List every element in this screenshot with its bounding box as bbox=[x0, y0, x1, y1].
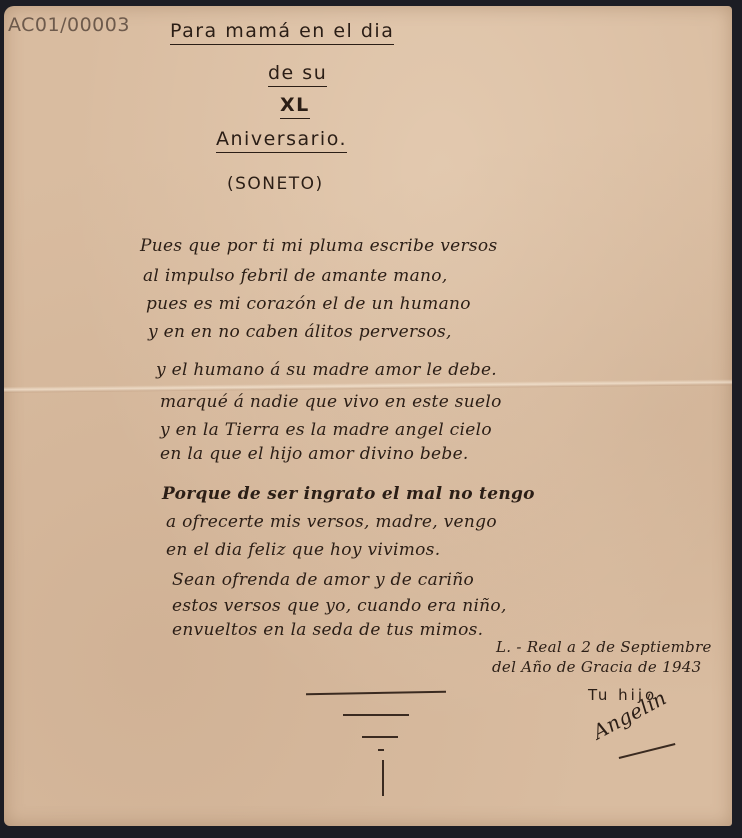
title-line-1: Para mamá en el dia bbox=[170, 20, 394, 45]
end-rule-3 bbox=[362, 736, 398, 738]
poem-line: estos versos que yo, cuando era niño, bbox=[172, 596, 507, 616]
poem-line: pues es mi corazón el de un humano bbox=[146, 294, 471, 314]
end-mark-stem bbox=[382, 760, 384, 796]
title-line-3: XL bbox=[280, 94, 310, 119]
poem-line: Porque de ser ingrato el mal no tengo bbox=[162, 484, 535, 504]
archive-id: AC01/00003 bbox=[8, 14, 130, 36]
poem-line: envueltos en la seda de tus mimos. bbox=[172, 620, 483, 640]
poem-line: Sean ofrenda de amor y de cariño bbox=[172, 570, 474, 590]
end-mark-dot bbox=[378, 749, 384, 751]
poem-line: y en en no caben álitos perversos, bbox=[148, 322, 452, 342]
poem-line: marqué á nadie que vivo en este suelo bbox=[160, 392, 502, 412]
title-line-2: de su bbox=[268, 62, 327, 87]
poem-line: en la que el hijo amor divino bebe. bbox=[160, 444, 469, 464]
subtitle: (SONETO) bbox=[227, 174, 324, 194]
poem-line: a ofrecerte mis versos, madre, vengo bbox=[166, 512, 497, 532]
place-date-line-1: L. - Real a 2 de Septiembre bbox=[496, 638, 712, 656]
poem-line: al impulso febril de amante mano, bbox=[143, 266, 448, 286]
poem-line: en el dia feliz que hoy vivimos. bbox=[166, 540, 440, 560]
poem-line: y en la Tierra es la madre angel cielo bbox=[160, 420, 492, 440]
poem-line: Pues que por ti mi pluma escribe versos bbox=[140, 236, 497, 256]
title-line-4: Aniversario. bbox=[216, 128, 347, 153]
poem-line: y el humano á su madre amor le debe. bbox=[156, 360, 497, 380]
place-date-line-2: del Año de Gracia de 1943 bbox=[492, 658, 702, 676]
end-rule-2 bbox=[343, 714, 409, 716]
